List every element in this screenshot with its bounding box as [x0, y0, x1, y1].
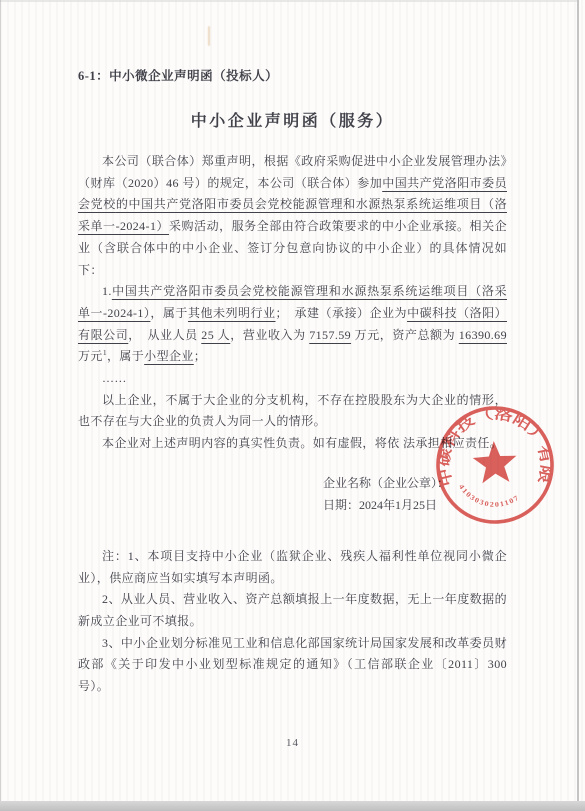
underlined-field: 16390.69 [459, 328, 507, 342]
scanned-document-page: 6-1：中小微企业声明函（投标人） 中小企业声明函（服务） 本公司（联合体）郑重… [0, 0, 585, 811]
text-run: 万元 [78, 349, 103, 363]
underlined-field: 7157.59 [309, 328, 351, 342]
scan-edge-top [0, 0, 577, 2]
text-run: 3、中小企业划分标准见工业和信息化部国家统计局国家发展和改革委员财政部《关于印发… [78, 636, 507, 693]
text-run: 注：1、本项目支持中小企业（监狱企业、残疾人福利性单位视同小微企业），供应商应当… [78, 549, 507, 585]
seal-company-text: 中碳科技（洛阳）有限公司 [427, 397, 557, 493]
paragraph: …… [78, 368, 507, 390]
text-run: …… [102, 371, 127, 385]
paragraph: 注：1、本项目支持中小企业（监狱企业、残疾人福利性单位视同小微企业），供应商应当… [78, 546, 507, 589]
text-run: ； 承建（承接）企业为 [276, 306, 408, 320]
document-content: 6-1：中小微企业声明函（投标人） 中小企业声明函（服务） 本公司（联合体）郑重… [78, 66, 507, 698]
text-run: 1. [102, 284, 112, 298]
underlined-field: 的 [116, 197, 129, 211]
notes-block: 注：1、本项目支持中小企业（监狱企业、残疾人福利性单位视同小微企业），供应商应当… [78, 546, 507, 698]
page-title: 中小企业声明函（服务） [78, 108, 507, 131]
text-run: 万元，资产总额为 [351, 328, 459, 342]
text-run: ，属于 [150, 306, 188, 320]
paragraph: 2、从业人员、营业收入、资产总额填报上一年度数据，无上一年度数据的新成立企业可不… [78, 589, 507, 632]
text-run: 2、从业人员、营业收入、资产总额填报上一年度数据，无上一年度数据的新成立企业可不… [78, 592, 507, 628]
scan-artifact-smudge [208, 26, 210, 46]
paragraph: 1.中国共产党洛阳市委员会党校能源管理和水源热泵系统运维项目（洛采单一-2024… [78, 281, 507, 368]
seal-serial-text: 4103030201107 [457, 480, 521, 511]
underlined-field: 其他未列明行业 [188, 306, 276, 320]
page-number: 14 [0, 737, 585, 749]
text-run: ； [194, 349, 206, 363]
underlined-field: 25 人 [201, 328, 230, 342]
paragraph: 本公司（联合体）郑重声明，根据《政府采购促进中小企业发展管理办法》（财库（202… [78, 151, 507, 281]
company-seal-stamp: 中碳科技（洛阳）有限公司 4103030201107 [427, 397, 564, 534]
section-label: 6-1：中小微企业声明函（投标人） [78, 66, 507, 84]
text-run: ，属于 [107, 349, 144, 363]
paragraph: 3、中小企业划分标准见工业和信息化部国家统计局国家发展和改革委员财政部《关于印发… [78, 633, 507, 698]
seal-star-icon [472, 440, 518, 484]
text-run: ，营业收入为 [230, 328, 309, 342]
scan-edge-left [0, 0, 1, 801]
text-run: ， 从业人员 [128, 328, 201, 342]
scan-edge-right [577, 0, 579, 801]
scan-edge-bottom [0, 801, 585, 811]
underlined-field: 小型企业 [144, 349, 194, 363]
